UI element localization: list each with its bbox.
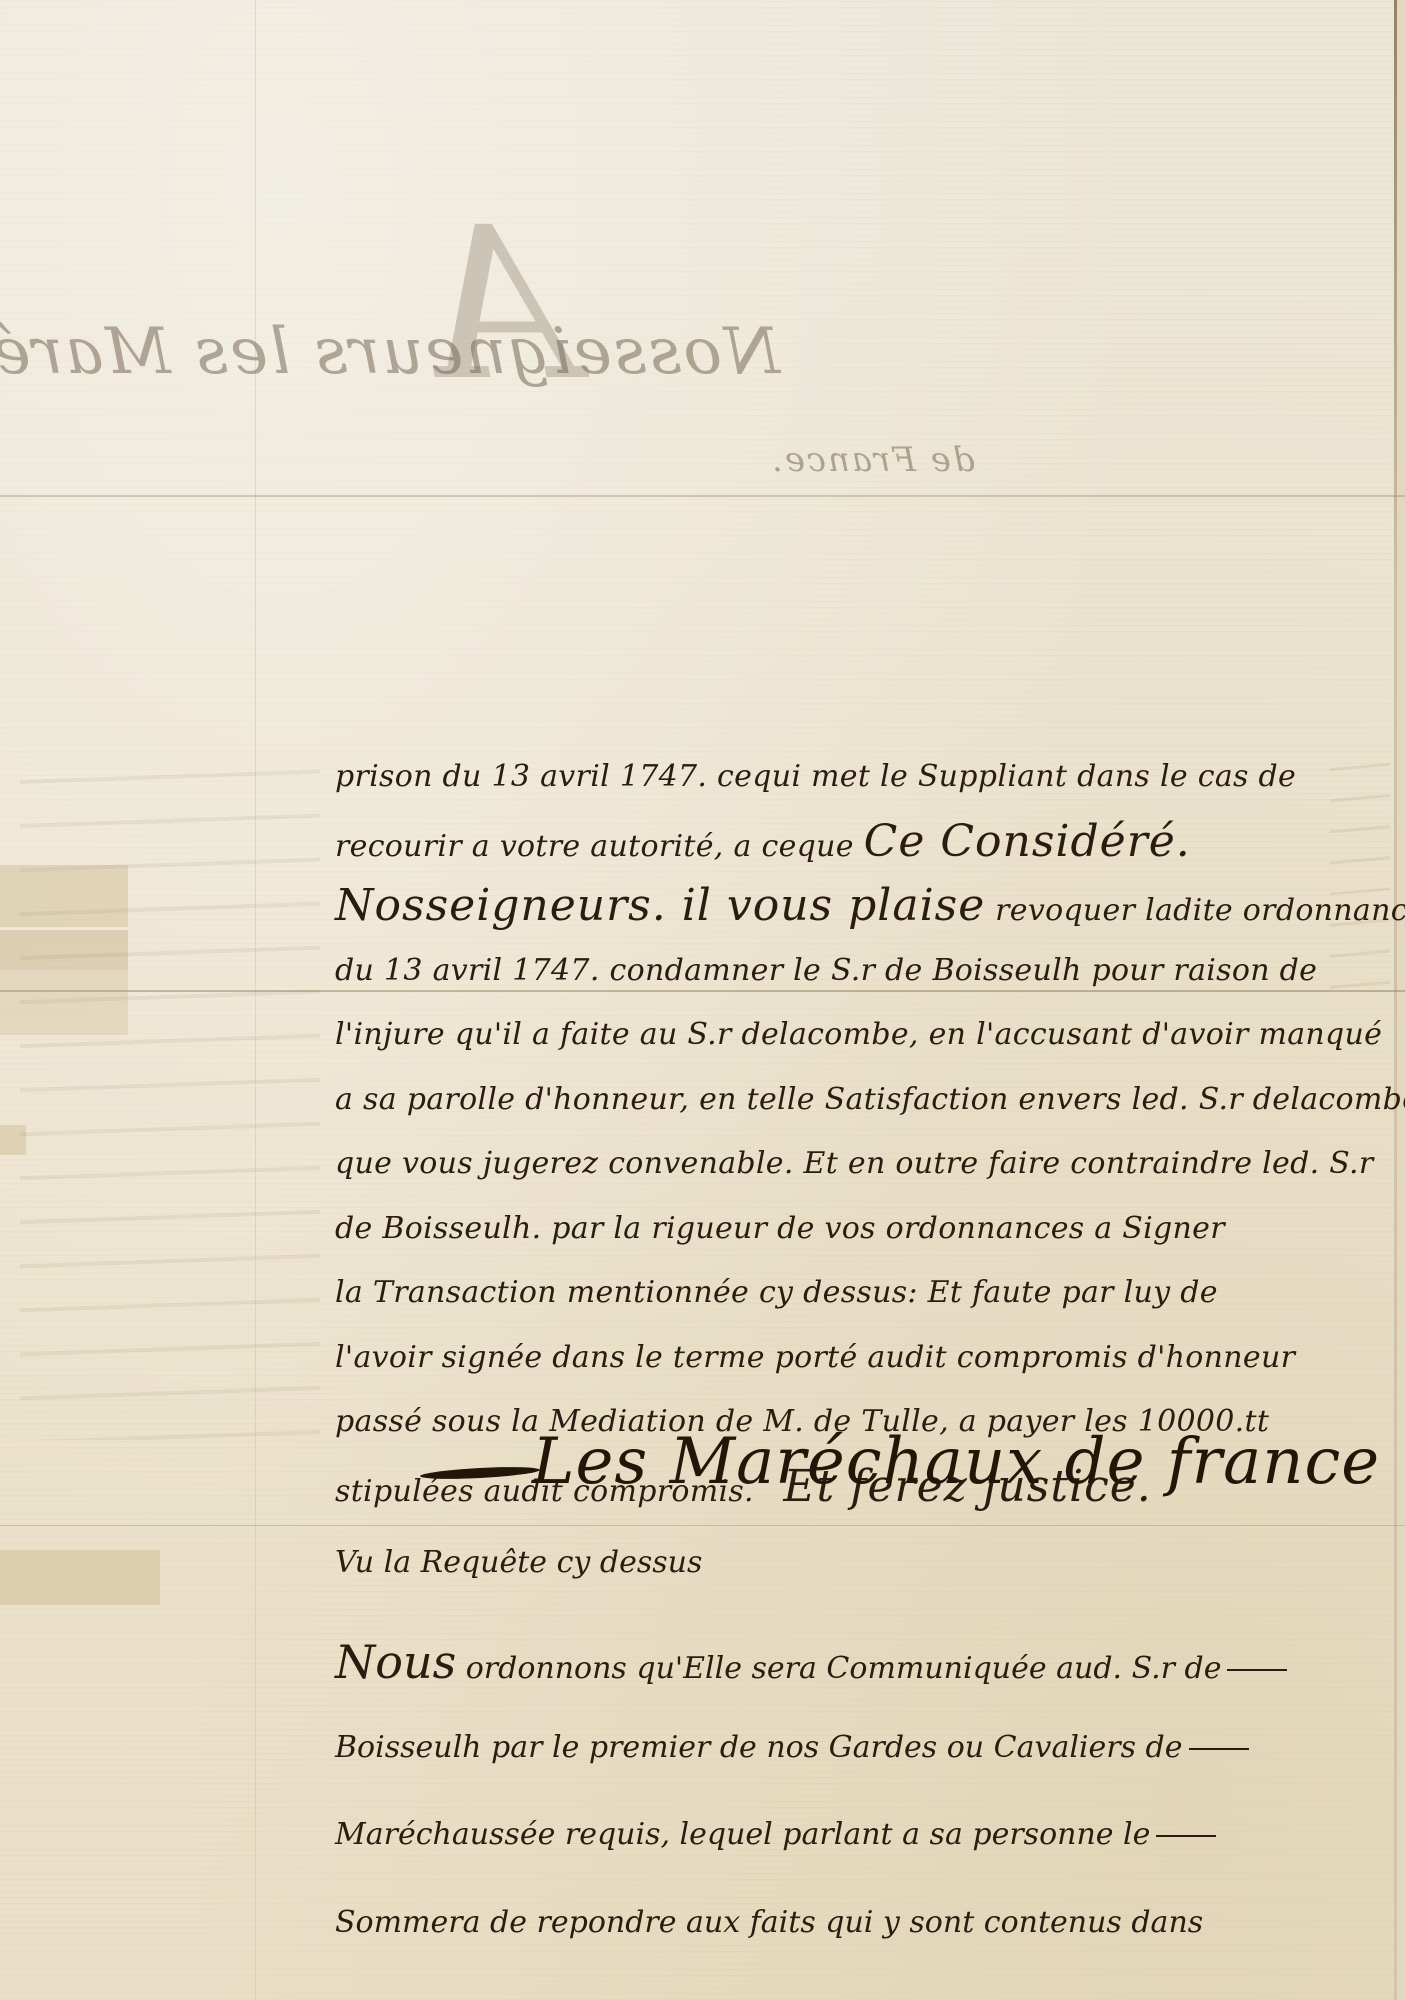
text-line: l'injure qu'il a faite au S.r delacombe,… — [335, 1003, 1375, 1068]
text-line: Maréchaussée requis, lequel parlant a sa… — [335, 1817, 1216, 1852]
text-line: l'avoir signée dans le terme porté audit… — [335, 1326, 1375, 1391]
fold-line-upper — [0, 495, 1405, 497]
line-text: l'avoir signée dans le terme porté audit… — [335, 1340, 1295, 1375]
text-line: a sa parolle d'honneur, en telle Satisfa… — [335, 1068, 1375, 1133]
page-edge-line — [1394, 0, 1397, 2000]
fold-line-lower — [0, 1525, 1405, 1526]
line-text: l'injure qu'il a faite au S.r delacombe,… — [335, 1017, 1382, 1052]
text-line: recourir a votre autorité, a ceque Ce Co… — [335, 810, 1375, 875]
emphasized-word: Nous — [335, 1635, 456, 1689]
text-line: Nous ordonnons qu'Elle sera Communiquée … — [335, 1635, 1287, 1689]
calligraphic-swash — [420, 1464, 540, 1480]
text-line: que vous jugerez convenable. Et en outre… — [335, 1132, 1375, 1197]
page-right-margin-shadow — [1397, 0, 1405, 2000]
line-text: recourir a votre autorité, a ceque — [335, 829, 854, 864]
line-text: a sa parolle d'honneur, en telle Satisfa… — [335, 1082, 1405, 1117]
line-text: prison du 13 avril 1747. cequi met le Su… — [335, 759, 1296, 794]
manuscript-page: A Nosseigneurs les Maréchaux de France. … — [0, 0, 1405, 2000]
bleed-through-address: Nosseigneurs les Maréchaux — [0, 315, 780, 389]
text-line: la Transaction mentionnée cy dessus: Et … — [335, 1261, 1375, 1326]
salutation: Nosseigneurs. il vous plaise — [335, 880, 985, 931]
line-text: Maréchaussée requis, lequel parlant a sa… — [335, 1817, 1150, 1852]
text-line: Boisseulh par le premier de nos Gardes o… — [335, 1730, 1249, 1765]
text-line: du 13 avril 1747. condamner le S.r de Bo… — [335, 939, 1375, 1004]
emphasized-phrase: Ce Considéré. — [864, 816, 1191, 867]
heading-text: Les Maréchaux de france — [532, 1425, 1380, 1499]
line-text: de Boisseulh. par la rigueur de vos ordo… — [335, 1211, 1225, 1246]
petition-text: prison du 13 avril 1747. cequi met le Su… — [335, 745, 1375, 1519]
line-text: revoquer ladite ordonnance — [995, 893, 1405, 928]
bleed-through-address-2: de France. — [770, 440, 975, 480]
text-line: Nosseigneurs. il vous plaise revoquer la… — [335, 874, 1375, 939]
line-text: Boisseulh par le premier de nos Gardes o… — [335, 1730, 1183, 1765]
paper-stain — [0, 1550, 160, 1605]
line-filler-stroke — [1189, 1748, 1249, 1750]
line-filler-stroke — [1227, 1669, 1287, 1671]
line-filler-stroke — [1156, 1835, 1216, 1837]
text-line: prison du 13 avril 1747. cequi met le Su… — [335, 745, 1375, 810]
line-text: Sommera de repondre aux faits qui y sont… — [335, 1905, 1203, 1940]
line-text: la Transaction mentionnée cy dessus: Et … — [335, 1275, 1218, 1310]
text-line: Sommera de repondre aux faits qui y sont… — [335, 1905, 1203, 1940]
ruling-heading: Les Maréchaux de france — [420, 1425, 1320, 1499]
line-text: que vous jugerez convenable. Et en outre… — [335, 1146, 1374, 1181]
faded-reverse-text-left — [20, 740, 320, 1440]
text-line: Vu la Requête cy dessus — [335, 1545, 702, 1580]
text-line: de Boisseulh. par la rigueur de vos ordo… — [335, 1197, 1375, 1262]
line-text: du 13 avril 1747. condamner le S.r de Bo… — [335, 953, 1317, 988]
line-text: Vu la Requête cy dessus — [335, 1545, 702, 1580]
line-text: ordonnons qu'Elle sera Communiquée aud. … — [466, 1651, 1222, 1686]
